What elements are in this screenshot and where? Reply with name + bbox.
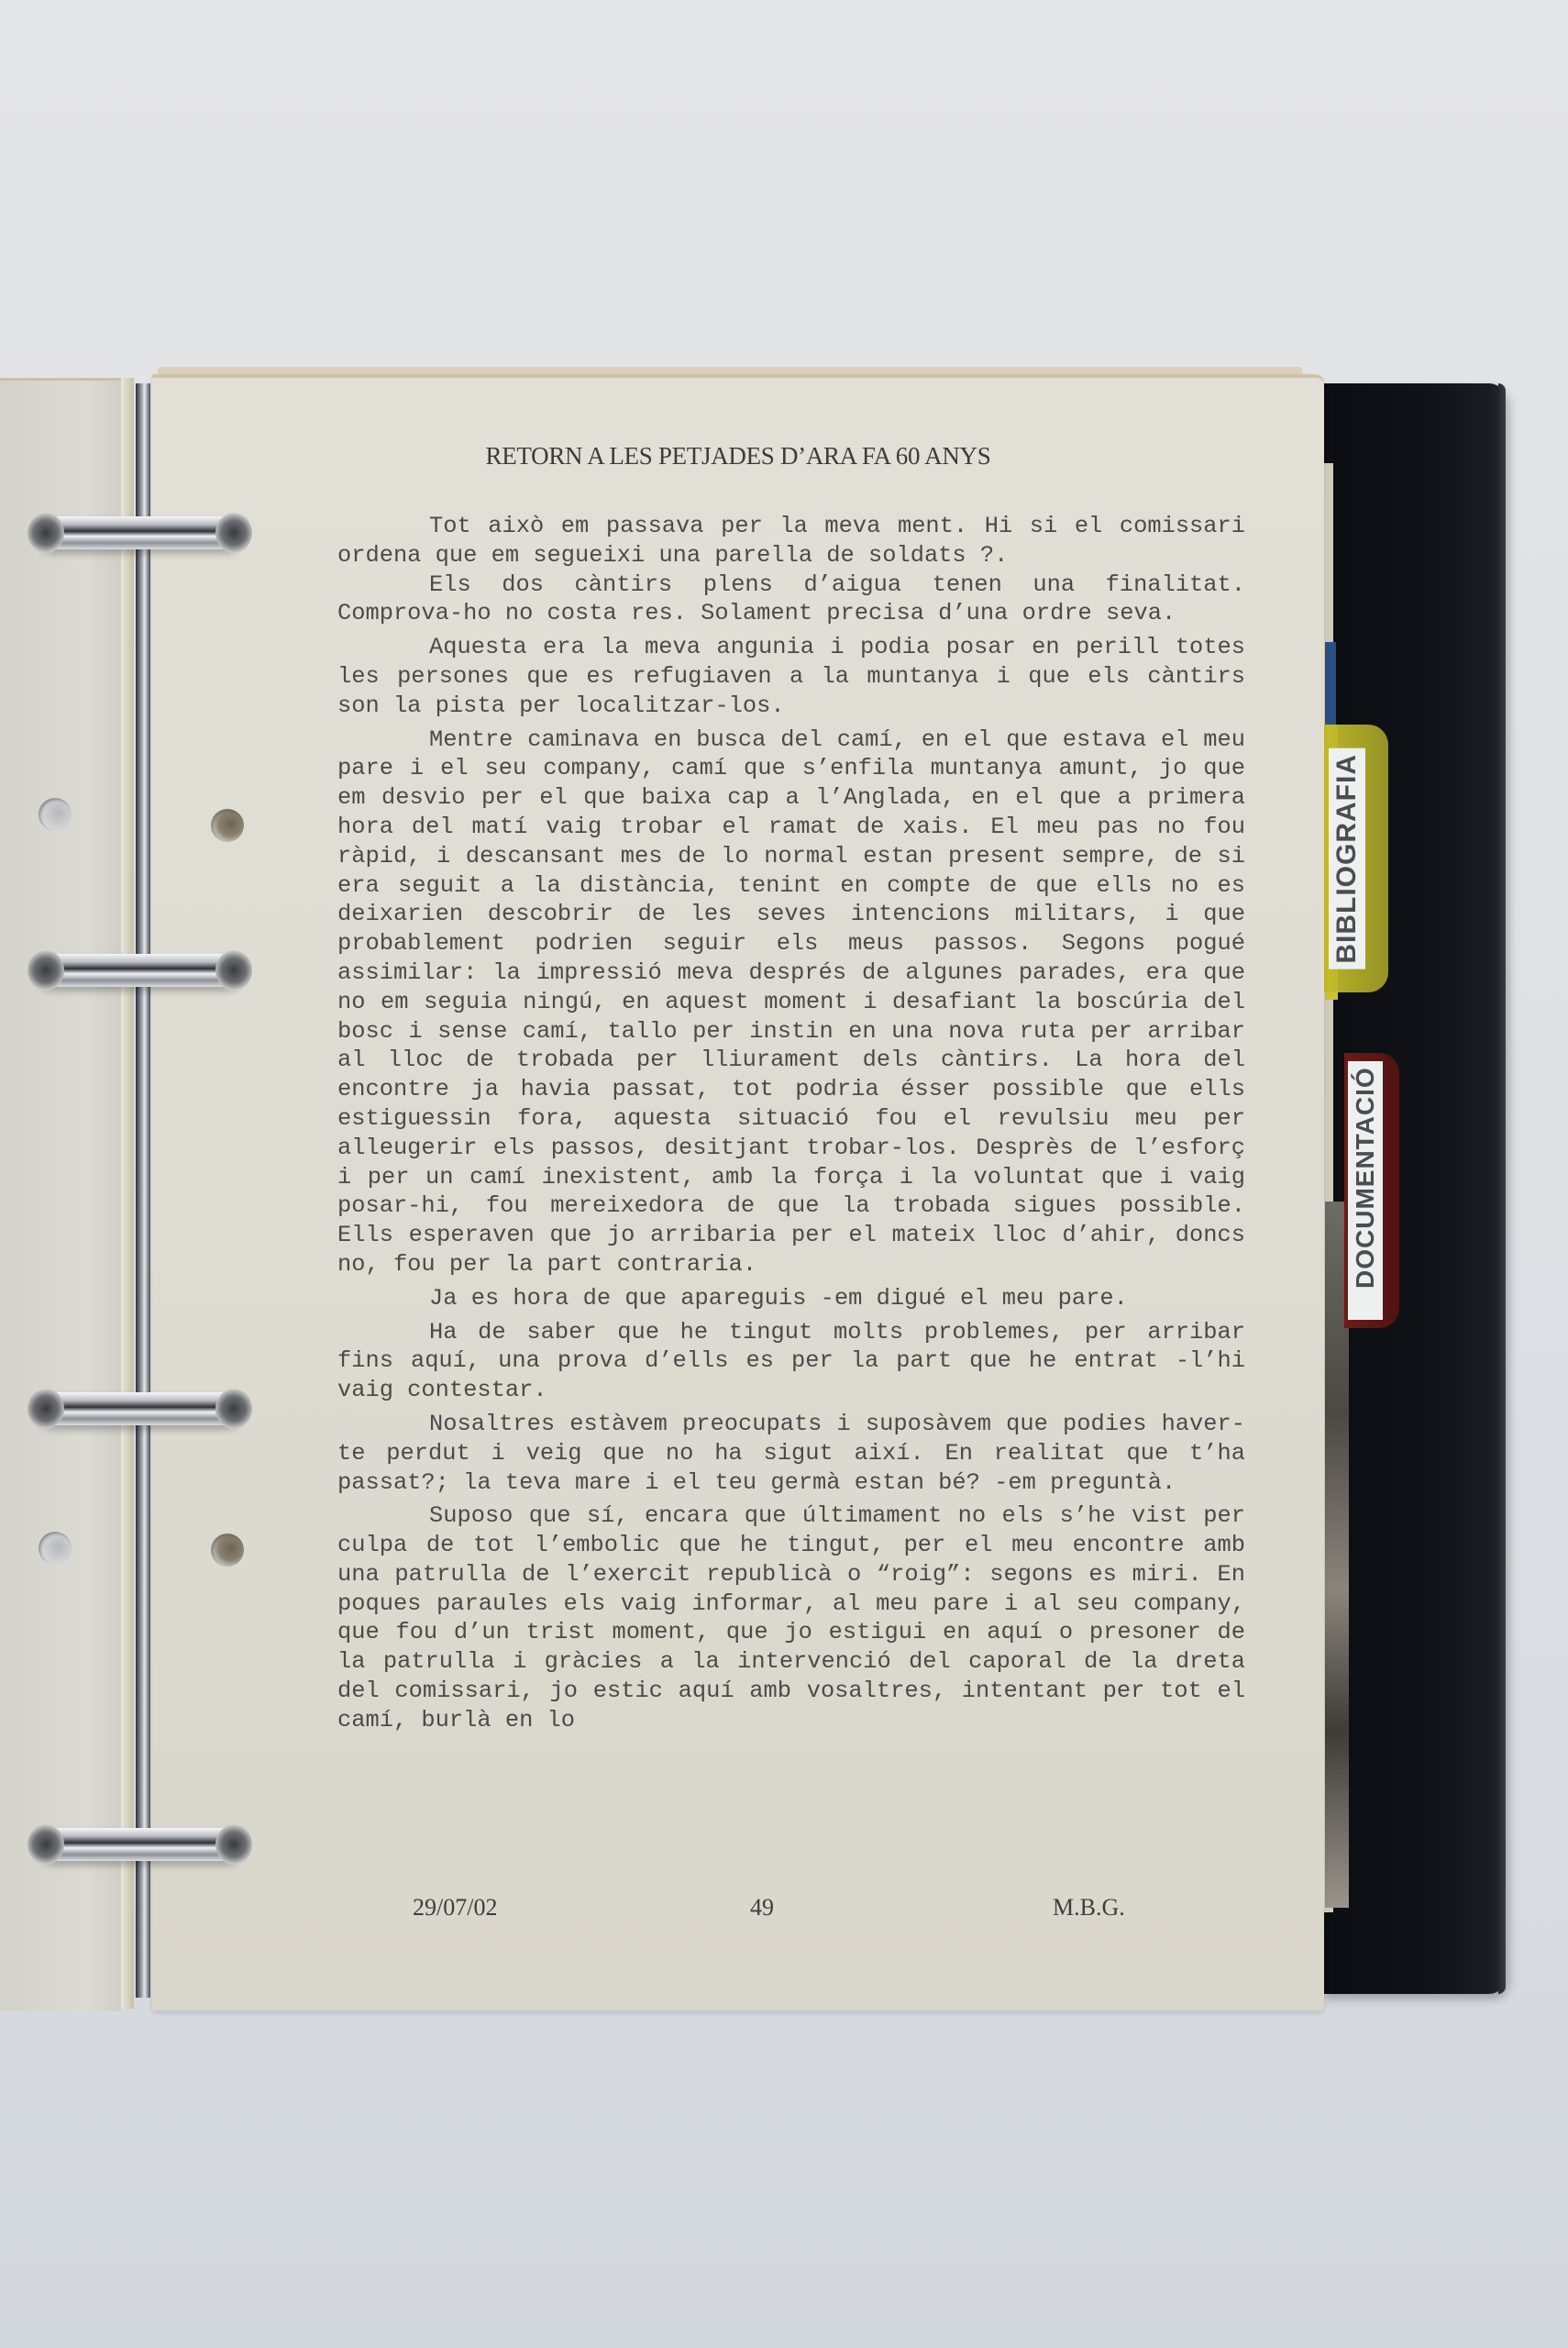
paragraph: Els dos càntirs plens d’aigua tenen una … bbox=[337, 570, 1245, 629]
punch-hole bbox=[39, 1532, 72, 1565]
binder-ring bbox=[37, 1828, 243, 1861]
binder-ring bbox=[37, 1392, 243, 1425]
binder-ring bbox=[37, 954, 243, 987]
punch-hole bbox=[39, 798, 72, 831]
punch-hole bbox=[211, 1534, 244, 1567]
page-number: 49 bbox=[750, 1894, 774, 1922]
paragraph: Mentre caminava en busca del camí, en el… bbox=[337, 725, 1245, 1279]
running-header: RETORN A LES PETJADES D’ARA FA 60 ANYS bbox=[152, 442, 1324, 471]
tab-bibliografia-label: BIBLIOGRAFIA bbox=[1329, 748, 1365, 969]
paragraph: Ja es hora de que apareguis -em digué el… bbox=[337, 1284, 1245, 1313]
binder-spine bbox=[136, 383, 150, 1998]
paragraph: Ha de saber que he tingut molts probleme… bbox=[337, 1318, 1245, 1405]
tab-documentacio-label: DOCUMENTACIÓ bbox=[1348, 1061, 1383, 1320]
body-text: Tot això em passava per la meva ment. Hi… bbox=[337, 512, 1245, 1740]
binder-ring bbox=[37, 516, 243, 549]
tab-bibliografia[interactable]: BIBLIOGRAFIA bbox=[1322, 725, 1388, 992]
paragraph: Aquesta era la meva angunia i podia posa… bbox=[337, 633, 1245, 720]
divider-strip-blue bbox=[1325, 642, 1336, 725]
binder-cover-edge bbox=[1498, 383, 1506, 1994]
footer-date: 29/07/02 bbox=[413, 1894, 497, 1922]
paragraph: Suposo que sí, encara que últimament no … bbox=[337, 1501, 1245, 1734]
punch-hole bbox=[211, 809, 244, 842]
left-page-edge bbox=[121, 378, 134, 2009]
paragraph: Nosaltres estàvem preocupats i suposàvem… bbox=[337, 1410, 1245, 1497]
photo-scene: BIBLIOGRAFIA DOCUMENTACIÓ RETORN A LES P… bbox=[0, 0, 1568, 2348]
left-page bbox=[0, 378, 121, 2011]
paragraph: Tot això em passava per la meva ment. Hi… bbox=[337, 512, 1245, 570]
footer-author: M.B.G. bbox=[1053, 1894, 1125, 1922]
tab-documentacio[interactable]: DOCUMENTACIÓ bbox=[1344, 1053, 1399, 1328]
